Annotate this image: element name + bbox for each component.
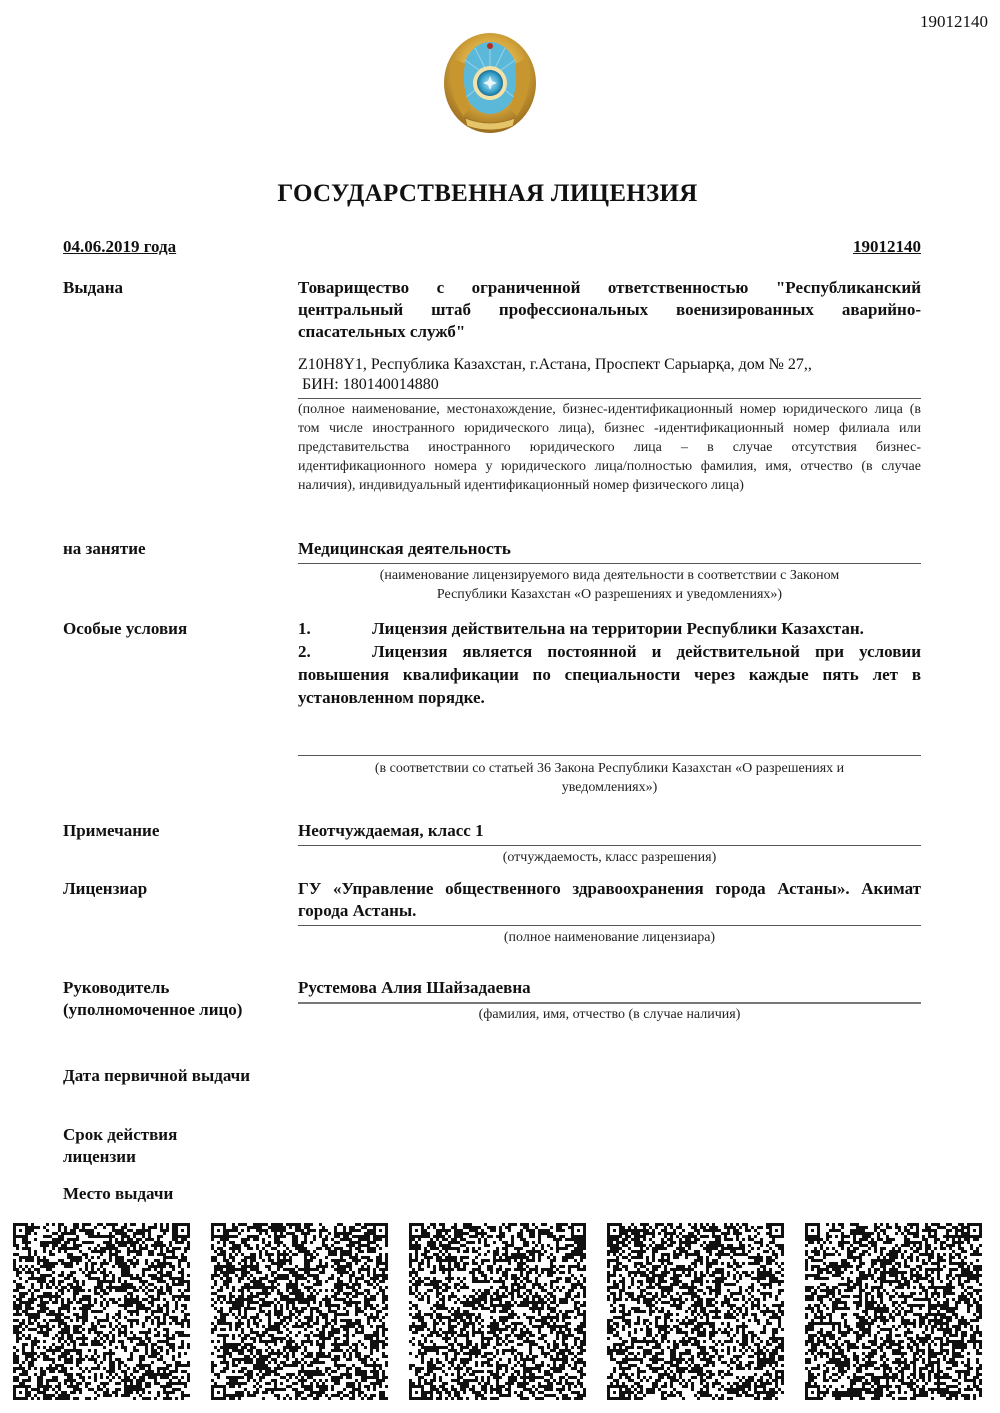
qr-code-5 [805,1223,982,1400]
first-issue-date-label: Дата первичной выдачи [63,1065,250,1087]
note-value: Неотчуждаемая, класс 1 [298,820,921,842]
special-conditions-rule [298,755,921,756]
note-rule [298,845,921,846]
state-emblem-icon [435,28,545,138]
activity-hint-line2: Республики Казахстан «О разрешениях и ув… [298,585,921,604]
issued-to-address: Z10H8Y1, Республика Казахстан, г.Астана,… [298,355,921,375]
special-condition-number: 2. [298,640,372,663]
qr-code-1 [13,1223,190,1400]
validity-label-line1: Срок действия [63,1124,177,1146]
document-number-top: 19012140 [920,12,988,32]
qr-code-2 [211,1223,388,1400]
special-condition-text: Лицензия является постоянной и действите… [298,642,921,707]
special-conditions-label: Особые условия [63,618,187,640]
licensor-label: Лицензиар [63,878,147,900]
qr-code-4 [607,1223,784,1400]
issued-to-name: Товарищество с ограниченной ответственно… [298,277,921,343]
head-label-line2: (уполномоченное лицо) [63,999,242,1021]
special-condition-number: 1. [298,617,372,640]
head-value: Рустемова Алия Шайзадаевна [298,977,921,999]
activity-rule [298,563,921,564]
registration-number: 19012140 [853,237,921,257]
note-label: Примечание [63,820,159,842]
activity-label: на занятие [63,538,146,560]
special-conditions-hint-line2: уведомлениях») [298,778,921,797]
document-title: ГОСУДАРСТВЕННАЯ ЛИЦЕНЗИЯ [0,180,975,208]
licensor-hint: (полное наименование лицензиара) [298,928,921,947]
head-rule [298,1002,921,1004]
head-label-line1: Руководитель [63,977,169,999]
special-condition-text: Лицензия действительна на территории Рес… [372,619,864,638]
issued-to-bin: БИН: 180140014880 [298,375,925,395]
qr-code-3 [409,1223,586,1400]
special-condition-item: 2.Лицензия является постоянной и действи… [298,640,921,709]
licensor-value: ГУ «Управление общественного здравоохран… [298,878,921,922]
head-hint: (фамилия, имя, отчество (в случае наличи… [298,1005,921,1024]
activity-value: Медицинская деятельность [298,538,921,560]
activity-hint-line1: (наименование лицензируемого вида деятел… [298,566,921,585]
issued-to-label: Выдана [63,277,123,299]
licensor-rule [298,925,921,926]
issue-date: 04.06.2019 года [63,237,176,257]
special-condition-item: 1.Лицензия действительна на территории Р… [298,617,921,640]
validity-label-line2: лицензии [63,1146,136,1168]
issued-to-rule [298,398,921,399]
place-label: Место выдачи [63,1183,173,1205]
note-hint: (отчуждаемость, класс разрешения) [298,848,921,867]
issued-to-hint: (полное наименование, местонахождение, б… [298,400,921,495]
special-conditions-hint-line1: (в соответствии со статьей 36 Закона Рес… [298,759,921,778]
special-conditions-list: 1.Лицензия действительна на территории Р… [298,617,921,709]
